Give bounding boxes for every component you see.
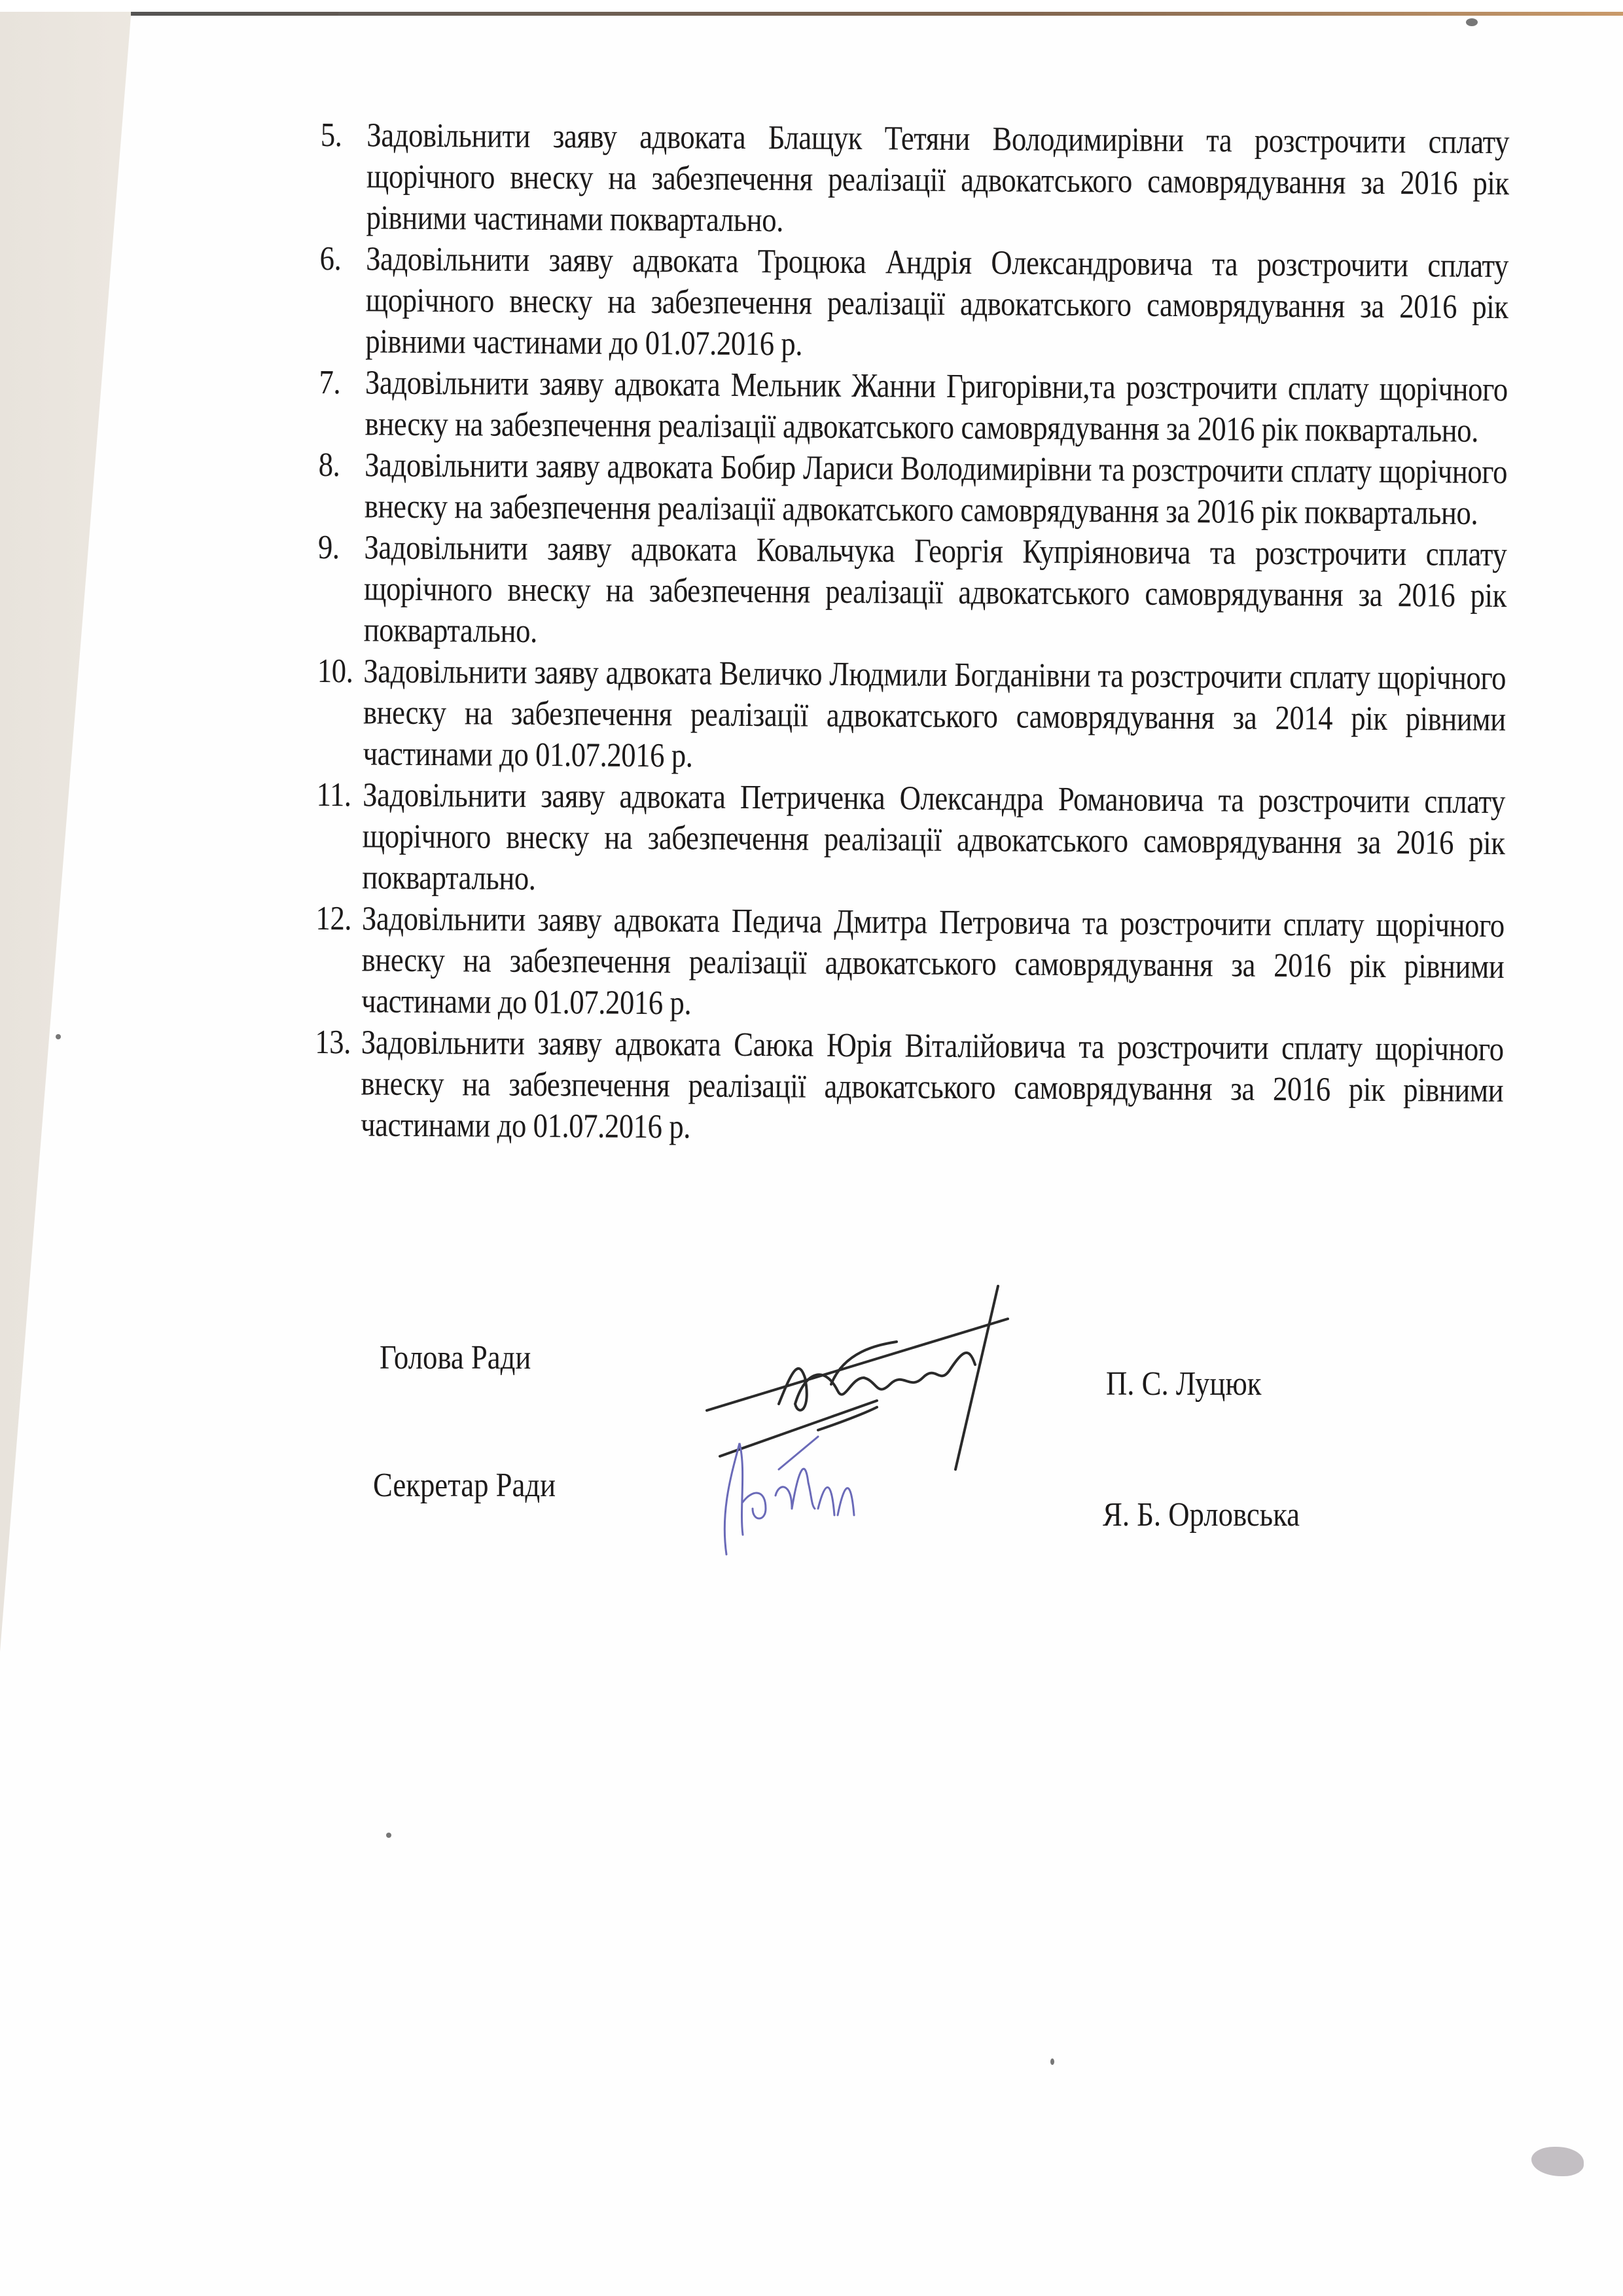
scan-speck: [56, 1034, 61, 1039]
item-text: Задовільнити заяву адвоката Ковальчука Г…: [364, 529, 1507, 650]
resolution-list: 5. Задовільнити заяву адвоката Блащук Те…: [314, 115, 1518, 1153]
list-item: 10. Задовільнити заяву адвоката Величко …: [317, 651, 1506, 781]
item-number: 5.: [321, 115, 342, 156]
list-item: 9. Задовільнити заяву адвоката Ковальчук…: [317, 527, 1507, 658]
item-text: Задовільнити заяву адвоката Саюка Юрія В…: [361, 1024, 1504, 1145]
chairman-name: П. С. Луцюк: [1106, 1365, 1261, 1403]
item-text: Задовільнити заяву адвоката Педича Дмитр…: [361, 900, 1505, 1022]
item-number: 12.: [315, 898, 351, 939]
item-text: Задовільнити заяву адвоката Мельник Жанн…: [365, 364, 1508, 449]
item-number: 6.: [319, 238, 341, 279]
item-number: 8.: [319, 444, 340, 486]
secretary-role: Секретар Ради: [373, 1466, 556, 1505]
list-item: 7. Задовільнити заяву адвоката Мельник Ж…: [319, 362, 1508, 452]
scan-margin: [0, 0, 1623, 12]
item-number: 9.: [318, 527, 340, 568]
item-number: 10.: [317, 651, 353, 692]
scan-speck: [1466, 18, 1478, 26]
item-text: Задовільнити заяву адвоката Величко Людм…: [363, 653, 1506, 774]
list-item: 6. Задовільнити заяву адвоката Троцюка А…: [319, 238, 1508, 369]
item-text: Задовільнити заяву адвоката Троцюка Андр…: [365, 240, 1508, 363]
signature-block: Голова Ради П. С. Луцюк Секретар Ради Я.…: [366, 1299, 1414, 1561]
secretary-signature-icon: [713, 1430, 923, 1561]
item-text: Задовільнити заяву адвоката Блащук Тетян…: [366, 117, 1509, 239]
list-item: 12. Задовільнити заяву адвоката Педича Д…: [315, 898, 1505, 1029]
secretary-name: Я. Б. Орловська: [1103, 1496, 1300, 1534]
item-number: 7.: [319, 362, 340, 403]
list-item: 11. Задовільнити заяву адвоката Петричен…: [316, 774, 1505, 905]
list-item: 13. Задовільнити заяву адвоката Саюка Юр…: [314, 1022, 1503, 1153]
list-item: 5. Задовільнити заяву адвоката Блащук Те…: [320, 115, 1509, 245]
scan-speck: [386, 1833, 391, 1838]
item-number: 11.: [316, 774, 351, 816]
item-number: 13.: [315, 1022, 351, 1063]
list-item: 8. Задовільнити заяву адвоката Бобир Лар…: [318, 444, 1507, 534]
page-top-edge: [131, 12, 1623, 16]
scan-speck: [1050, 2058, 1054, 2065]
item-text: Задовільнити заяву адвоката Бобир Лариси…: [365, 446, 1508, 531]
chairman-role: Голова Ради: [380, 1338, 531, 1377]
item-text: Задовільнити заяву адвоката Петриченка О…: [362, 776, 1505, 897]
